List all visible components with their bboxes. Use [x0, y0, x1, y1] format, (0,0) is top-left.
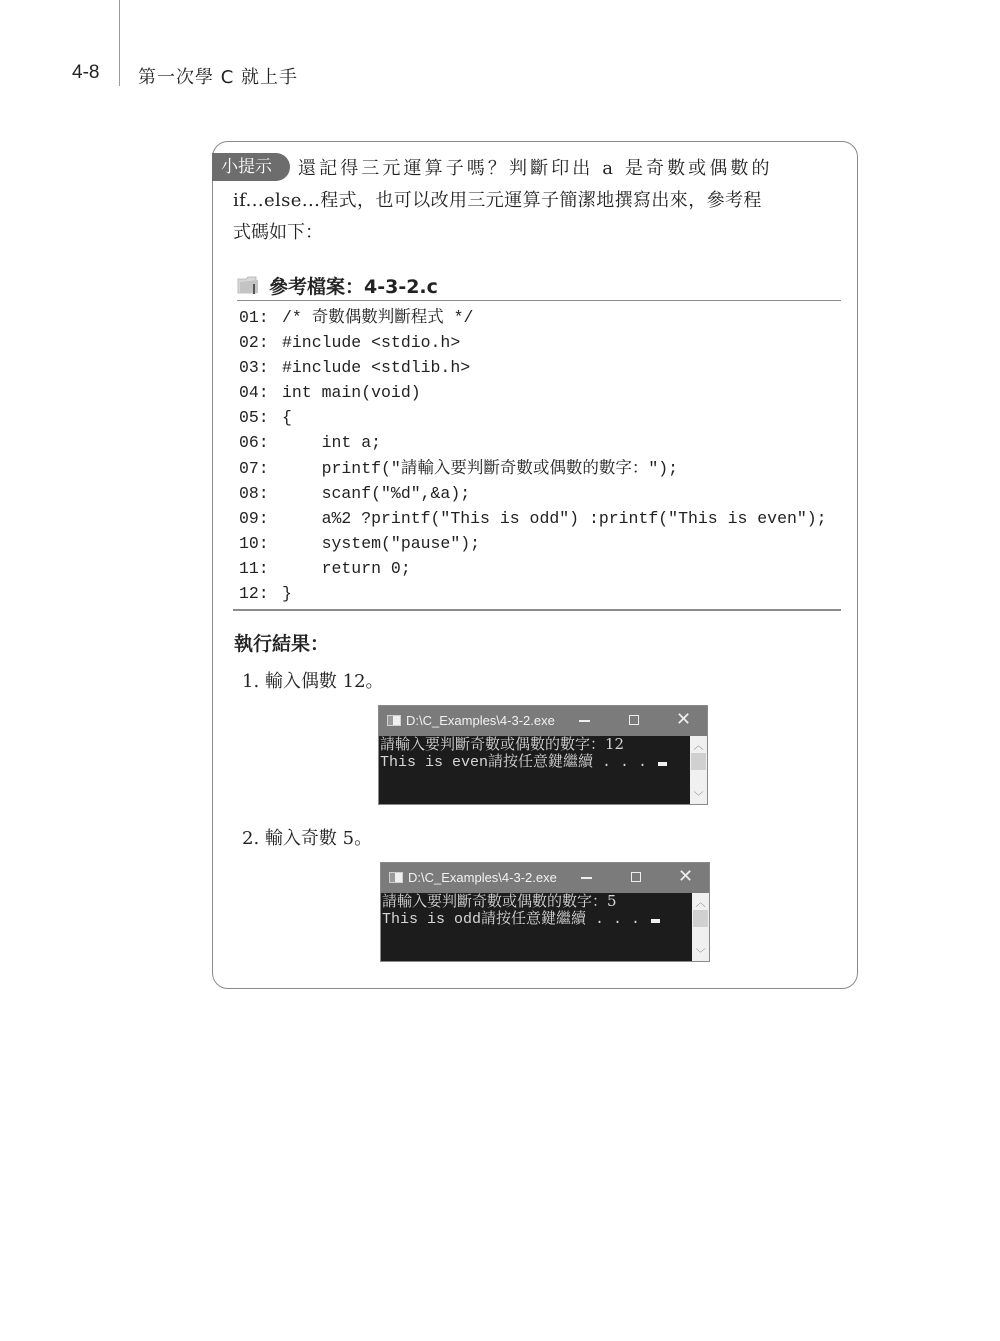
scrollbar[interactable]: ︿ ﹀ — [692, 893, 709, 961]
console-output: 請輸入要判斷奇數或偶數的數字：12 This is even請按任意鍵繼續 . … — [379, 736, 691, 804]
maximize-icon[interactable] — [631, 872, 641, 882]
tip-line: 還記得三元運算子嗎？判斷印出 a 是奇數或偶數的 — [233, 153, 843, 185]
chevron-down-icon[interactable]: ﹀ — [692, 945, 709, 960]
result-step-label: 2. 輸入奇數 5。 — [242, 824, 372, 850]
code-line: 08: scanf("%d",&a); — [239, 481, 827, 506]
close-icon[interactable]: ✕ — [678, 866, 693, 887]
console-title: D:\C_Examples\4-3-2.exe — [408, 870, 557, 885]
console-window: D:\C_Examples\4-3-2.exe ✕ 請輸入要判斷奇數或偶數的數字… — [378, 705, 708, 805]
minimize-icon[interactable] — [579, 720, 590, 722]
console-window: D:\C_Examples\4-3-2.exe ✕ 請輸入要判斷奇數或偶數的數字… — [380, 862, 710, 962]
scrollbar[interactable]: ︿ ﹀ — [690, 736, 707, 804]
console-titlebar[interactable]: D:\C_Examples\4-3-2.exe ✕ — [381, 863, 709, 893]
code-line: 07: printf("請輸入要判斷奇數或偶數的數字："); — [239, 456, 827, 481]
console-titlebar[interactable]: D:\C_Examples\4-3-2.exe ✕ — [379, 706, 707, 736]
code-line: 01:/* 奇數偶數判斷程式 */ — [239, 305, 827, 330]
chapter-title: 第一次學 C 就上手 — [138, 63, 298, 89]
code-line: 02:#include <stdio.h> — [239, 330, 827, 355]
cursor-icon — [651, 919, 660, 923]
console-title: D:\C_Examples\4-3-2.exe — [406, 713, 555, 728]
code-line: 11: return 0; — [239, 556, 827, 581]
maximize-icon[interactable] — [629, 715, 639, 725]
results-title: 執行結果： — [234, 629, 329, 656]
scroll-thumb[interactable] — [693, 910, 708, 927]
code-line: 10: system("pause"); — [239, 531, 827, 556]
folder-icon — [237, 275, 263, 295]
tip-text: 還記得三元運算子嗎？判斷印出 a 是奇數或偶數的 if...else...程式，… — [233, 153, 843, 249]
code-line: 04:int main(void) — [239, 380, 827, 405]
code-line: 06: int a; — [239, 430, 827, 455]
code-line: 12:} — [239, 581, 827, 606]
cursor-icon — [658, 762, 667, 766]
console-output: 請輸入要判斷奇數或偶數的數字：5 This is odd請按任意鍵繼續 . . … — [381, 893, 693, 961]
code-listing: 01:/* 奇數偶數判斷程式 */ 02:#include <stdio.h> … — [239, 305, 827, 606]
close-icon[interactable]: ✕ — [676, 709, 691, 730]
chevron-up-icon[interactable]: ︿ — [692, 894, 709, 909]
margin-rule — [119, 0, 120, 86]
tip-line: if...else...程式，也可以改用三元運算子簡潔地撰寫出來，參考程 — [233, 185, 843, 217]
minimize-icon[interactable] — [581, 877, 592, 879]
code-line: 03:#include <stdlib.h> — [239, 355, 827, 380]
code-line: 09: a%2 ?printf("This is odd") :printf("… — [239, 506, 827, 531]
page-number: 4-8 — [72, 62, 99, 84]
scroll-thumb[interactable] — [691, 753, 706, 770]
console-app-icon — [387, 715, 401, 726]
code-line: 05:{ — [239, 405, 827, 430]
tip-line: 式碼如下： — [233, 217, 843, 249]
reference-file-header: 參考檔案：4-3-2.c — [237, 272, 841, 301]
result-step-label: 1. 輸入偶數 12。 — [242, 667, 384, 693]
chevron-down-icon[interactable]: ﹀ — [690, 788, 707, 803]
divider — [233, 609, 841, 611]
reference-file-title: 參考檔案：4-3-2.c — [269, 272, 438, 299]
chevron-up-icon[interactable]: ︿ — [690, 737, 707, 752]
console-app-icon — [389, 872, 403, 883]
